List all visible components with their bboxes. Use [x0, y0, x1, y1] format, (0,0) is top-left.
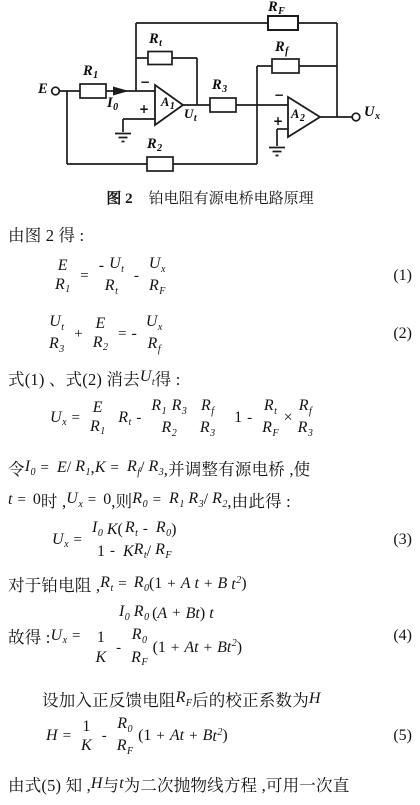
- frac-numerator: 1: [80, 717, 92, 736]
- scanned-paper-page: ER1I0RtRFRfR3R2A1A2UtUx−+−+ 图 2铂电阻有源电桥电路…: [0, 0, 420, 805]
- math-var: A: [181, 575, 191, 593]
- a1-noninverting-sign: +: [139, 103, 149, 115]
- resistor-R3-label: R3: [212, 78, 227, 95]
- math-var: Ux: [149, 255, 166, 275]
- equation-1: ER1=-UtRt-UxRF(1): [0, 254, 420, 299]
- frac-numerator: Ux: [147, 254, 168, 276]
- math-var: RF: [262, 419, 278, 439]
- math-var: R2: [161, 419, 176, 439]
- output-Ux-subscript: x: [375, 111, 380, 122]
- math-var: Rf: [127, 458, 140, 478]
- source-E-label: E: [38, 82, 48, 97]
- math-operator: =: [111, 460, 119, 477]
- math-operator: =: [118, 326, 126, 343]
- equation-4-content: 故得 : Ux=I0R0(A+Bt)t1K-R0RF(1+At+Bt2): [8, 602, 247, 671]
- math-subscript: t: [121, 264, 124, 275]
- equation-3-content: Ux=I0K(Rt-R0)1-KRt/RF: [52, 518, 181, 563]
- frac-denominator: R3: [47, 334, 66, 356]
- prose-text: 式(1) 、式(2) 消去: [8, 366, 140, 390]
- math-rm: 1: [143, 727, 151, 745]
- math-operator: =: [118, 576, 126, 593]
- circuit-diagram: [0, 0, 420, 212]
- math-operator: -: [136, 410, 141, 427]
- prose-zero-condition-content: t=0 时 ,Ux=0 ,则 R0=R1R3/R2 ,由此得 :: [8, 488, 291, 512]
- math-var: Ut: [140, 368, 155, 388]
- math-operator: +: [189, 728, 197, 745]
- math-var: K: [95, 459, 106, 477]
- equations-text-area: 由图 2 得 :ER1=-UtRt-UxRF(1)UtR3+ER2=-UxRf(…: [0, 212, 420, 805]
- resistor-R3-body: [210, 98, 236, 112]
- math-var: RF: [176, 689, 192, 709]
- resistor-R3-subscript: 3: [222, 84, 227, 95]
- node-Ut-subscript: t: [194, 113, 197, 124]
- resistor-Rf-body: [272, 59, 299, 73]
- math-operator: -: [247, 410, 252, 427]
- math-subscript: F: [127, 746, 133, 757]
- math-rm: /: [140, 459, 144, 477]
- math-rm: ): [200, 605, 205, 622]
- math-var: t2: [227, 639, 237, 656]
- math-operator: -: [110, 543, 115, 559]
- resistor-Rf-subscript: f: [285, 46, 288, 57]
- math-var: t2: [231, 575, 241, 594]
- math-var: RF: [155, 541, 171, 561]
- math-rm: 1: [97, 543, 105, 560]
- math-subscript: 0: [142, 635, 147, 646]
- math-var: RF: [131, 649, 147, 669]
- resistor-RF-body: [268, 16, 298, 30]
- prose-parabola: 由式(5) 知 ,H 与 t 为二次抛物线方程 ,可用一次直: [0, 772, 420, 796]
- equation-3: Ux=I0K(Rt-R0)1-KRt/RF(3): [0, 518, 420, 563]
- math-frac: RtRF: [260, 396, 280, 441]
- prose-let-definitions: 令 I0=E/R1 ,K=Rf/R3 ,并调整有源电桥 ,使: [0, 456, 420, 480]
- math-var: R3: [200, 419, 215, 439]
- math-operator: +: [74, 326, 82, 343]
- math-var: t: [8, 491, 12, 509]
- math-subscript: f: [158, 344, 161, 355]
- math-var: K: [123, 543, 134, 560]
- math-var: R3: [298, 419, 313, 439]
- frac-numerator: E: [94, 314, 108, 333]
- frac-numerator: Rf: [199, 396, 216, 418]
- math-var: R0: [117, 715, 132, 735]
- math-subscript: t: [135, 528, 138, 539]
- frac-numerator: R1R3: [149, 396, 189, 418]
- frac-denominator: 1K-R0RF(1+At+Bt2): [89, 624, 245, 671]
- math-operator: -: [116, 640, 121, 656]
- math-var: K: [81, 737, 92, 754]
- frac-denominator: R3: [296, 418, 315, 440]
- math-var: Rt: [134, 541, 147, 561]
- math-var: B: [203, 727, 213, 745]
- prose-from-figure-content: 由图 2 得 :: [8, 222, 84, 246]
- math-subscript: x: [62, 417, 66, 428]
- prose-let-definitions-content: 令 I0=E/R1 ,K=Rf/R3 ,并调整有源电桥 ,使: [8, 456, 310, 480]
- resistor-R1-subscript: 1: [93, 70, 98, 81]
- math-var: Rt: [125, 519, 138, 539]
- prose-text: 由图 2 得 :: [8, 222, 84, 246]
- current-I0-subscript: 0: [113, 102, 118, 113]
- ground-symbol: [269, 148, 285, 156]
- math-operator: -: [134, 268, 139, 285]
- resistor-Rt-body: [148, 52, 172, 65]
- math-var: H: [309, 690, 321, 708]
- math-subscript: f: [211, 406, 214, 417]
- math-operator: +: [204, 640, 212, 656]
- math-var: R1: [75, 458, 90, 478]
- math-subscript: 3: [59, 344, 64, 355]
- math-var: K: [96, 649, 107, 666]
- math-var: H: [46, 727, 58, 745]
- math-var: Rt: [118, 409, 131, 429]
- resistor-Rf-label: Rf: [275, 40, 289, 57]
- math-subscript: F: [165, 550, 171, 561]
- math-var: B: [186, 605, 196, 622]
- math-subscript: 0: [128, 724, 133, 735]
- math-var: Ux: [50, 409, 67, 429]
- equation-2: UtR3+ER2=-UxRf(2): [0, 312, 420, 357]
- frac-numerator: 1: [95, 628, 107, 647]
- current-arrow-icon: [113, 87, 129, 96]
- math-var: R2: [212, 490, 227, 510]
- math-var: t2: [212, 727, 222, 746]
- frac-denominator: R2: [91, 333, 110, 355]
- prose-text: 设加入正反馈电阻: [42, 687, 176, 711]
- math-frac: R1R3R2: [149, 396, 189, 441]
- resistor-R2-subscript: 2: [157, 143, 162, 154]
- prose-text: 得 :: [155, 366, 181, 390]
- math-subscript: t: [274, 406, 277, 417]
- math-frac: ER2: [91, 314, 110, 356]
- figure-2-circuit: ER1I0RtRFRfR3R2A1A2UtUx−+−+ 图 2铂电阻有源电桥电路…: [0, 0, 420, 212]
- math-operator: =: [80, 268, 88, 285]
- frac-denominator: R3: [198, 418, 217, 440]
- prose-correction-factor: 设加入正反馈电阻 RF 后的校正系数为 H: [0, 687, 420, 711]
- math-var: K: [107, 521, 118, 538]
- frac-denominator: K: [94, 648, 109, 667]
- frac-denominator: K: [79, 736, 94, 755]
- math-var: H: [91, 775, 103, 793]
- frac-numerator: Ut: [47, 312, 66, 334]
- opamp-A1-label: A1: [161, 96, 175, 112]
- math-frac: 1K: [94, 628, 109, 667]
- math-var: Ux: [146, 313, 163, 333]
- math-frac: -UtRt: [97, 254, 126, 299]
- frac-denominator: R2: [159, 418, 178, 440]
- terminal-Ux: [352, 113, 360, 121]
- opamp-A1-subscript: 1: [170, 101, 175, 112]
- prose-from-figure: 由图 2 得 :: [0, 222, 420, 246]
- math-subscript: f: [309, 406, 312, 417]
- math-subscript: x: [64, 539, 68, 550]
- math-operator: =: [88, 492, 96, 509]
- prose-platinum-resistance: 对于铂电阻 ,Rt=R0(1+At+Bt2): [0, 572, 420, 596]
- math-subscript: F: [141, 657, 147, 668]
- prose-text: 由式(5) 知 ,: [8, 772, 91, 796]
- prose-text: 令: [8, 456, 25, 480]
- math-subscript: t: [115, 286, 118, 297]
- math-subscript: F: [272, 428, 278, 439]
- opamp-A2-subscript: 2: [300, 113, 305, 124]
- math-frac: UxRf: [144, 312, 165, 357]
- a1-inverting-sign: −: [140, 76, 150, 88]
- math-var: B: [217, 639, 227, 656]
- math-var: R2: [93, 334, 108, 354]
- math-var: I0: [25, 458, 36, 478]
- math-var: Ut: [109, 255, 124, 275]
- math-operator: =: [74, 532, 82, 549]
- math-subscript: 3: [308, 428, 313, 439]
- math-var: Ux: [52, 531, 69, 551]
- math-rm: /: [147, 543, 151, 560]
- math-var: A: [157, 605, 167, 622]
- math-var: t: [180, 727, 184, 745]
- ground-symbol: [115, 134, 131, 142]
- math-subscript: 3: [182, 406, 187, 417]
- prose-text: ,并调整有源电桥 ,使: [164, 456, 311, 480]
- math-rm: 1: [234, 409, 242, 427]
- math-subscript: x: [78, 499, 82, 510]
- resistor-RF-subscript: F: [278, 6, 285, 17]
- math-frac: UtR3: [47, 312, 66, 357]
- prose-text: 后的校正系数为: [192, 687, 309, 711]
- frac-denominator: RF: [147, 276, 167, 298]
- math-rm: -: [132, 325, 137, 343]
- frac-denominator: Rt: [103, 276, 120, 298]
- math-var: t: [194, 639, 198, 656]
- math-var: t: [209, 605, 213, 622]
- frac-numerator: I0K(Rt-R0): [90, 518, 179, 540]
- equation-unnumbered-content: Ux=ER1Rt-R1R3R2RfR31-RtRF×RfR3: [50, 396, 318, 441]
- math-rm: 0: [33, 491, 41, 509]
- figure-caption: 图 2铂电阻有源电桥电路原理: [0, 187, 420, 208]
- math-rm: 1: [158, 639, 166, 656]
- a2-noninverting-sign: +: [273, 115, 283, 127]
- frac-denominator: R1: [53, 275, 72, 297]
- math-frac: R0RF: [129, 625, 149, 670]
- frac-numerator: E: [56, 256, 70, 275]
- math-operator: =: [63, 728, 71, 745]
- math-var: Rt: [100, 574, 113, 594]
- prose-text: ,则: [111, 488, 132, 512]
- math-rm: 1: [154, 575, 162, 593]
- math-operator: -: [102, 728, 107, 745]
- math-rm: /: [204, 491, 208, 509]
- math-operator: =: [17, 492, 25, 509]
- math-frac: UxRF: [147, 254, 168, 299]
- frac-numerator: -Ut: [97, 254, 126, 276]
- figure-caption-text: 铂电阻有源电桥电路原理: [149, 191, 314, 207]
- math-var: Ux: [66, 490, 83, 510]
- resistor-Rt-subscript: t: [159, 38, 162, 49]
- prose-text: 对于铂电阻 ,: [8, 572, 100, 596]
- math-operator: =: [72, 410, 80, 427]
- frac-numerator: Rf: [297, 396, 314, 418]
- math-var: Rf: [299, 397, 312, 417]
- prose-text: 时 ,: [41, 488, 66, 512]
- math-operator: -: [143, 521, 148, 537]
- equation-5: H=1K-R0RF(1+At+Bt2)(5): [0, 714, 420, 759]
- prose-eliminate-Ut: 式(1) 、式(2) 消去 Ut 得 :: [0, 366, 420, 390]
- math-frac: ER1: [88, 398, 107, 440]
- math-var: E: [93, 399, 103, 416]
- math-rm: ): [222, 727, 227, 745]
- math-var: R1: [90, 418, 105, 438]
- math-var: Rf: [201, 397, 214, 417]
- resistor-R1-body: [80, 84, 106, 98]
- math-var: A: [184, 639, 194, 656]
- math-frac: RfR3: [296, 396, 315, 441]
- math-frac: I0R0(A+Bt)t1K-R0RF(1+At+Bt2): [89, 602, 245, 671]
- math-rm: 1: [82, 718, 90, 735]
- node-Ut-label: Ut: [184, 107, 197, 124]
- math-frac: ER1: [53, 256, 72, 298]
- equation-number: (1): [393, 267, 412, 285]
- resistor-RF-label: RF: [268, 0, 285, 17]
- equation-2-content: UtR3+ER2=-UxRf: [44, 312, 167, 357]
- math-subscript: t: [110, 583, 113, 594]
- math-var: I0: [92, 519, 103, 539]
- math-rm: ×: [284, 409, 293, 427]
- a2-inverting-sign: −: [274, 89, 284, 101]
- prose-text: 与: [102, 772, 119, 796]
- math-subscript: t: [129, 417, 132, 428]
- math-rm: -: [99, 257, 104, 274]
- math-var: R3: [49, 335, 64, 355]
- math-var: E: [57, 459, 67, 477]
- math-subscript: 0: [144, 612, 149, 623]
- math-var: Ut: [49, 313, 64, 333]
- math-frac: 1K: [79, 717, 94, 756]
- equation-1-content: ER1=-UtRt-UxRF: [50, 254, 170, 299]
- math-var: RF: [117, 737, 133, 757]
- math-frac: RfR3: [198, 396, 217, 441]
- math-operator: =: [153, 492, 161, 509]
- frac-denominator: R1: [88, 417, 107, 439]
- figure-caption-number: 图 2: [106, 191, 132, 207]
- prose-eliminate-Ut-content: 式(1) 、式(2) 消去 Ut 得 :: [8, 366, 181, 390]
- math-var: R3: [188, 490, 203, 510]
- math-rm: (: [117, 521, 122, 538]
- math-var: R3: [172, 397, 187, 417]
- math-var: E: [96, 315, 106, 332]
- math-operator: +: [204, 576, 212, 593]
- math-subscript: 2: [172, 428, 177, 439]
- math-var: Rf: [148, 335, 161, 355]
- math-rm: ): [237, 639, 242, 656]
- equation-number: (5): [393, 727, 412, 745]
- frac-numerator: Ux: [144, 312, 165, 334]
- math-var: R1: [169, 490, 184, 510]
- frac-numerator: E: [91, 398, 105, 417]
- math-subscript: x: [158, 322, 162, 333]
- math-subscript: 1: [100, 426, 105, 437]
- math-subscript: 0: [31, 467, 36, 478]
- math-operator: +: [156, 728, 164, 745]
- math-subscript: 1: [65, 284, 70, 295]
- math-var: Rt: [264, 397, 277, 417]
- prose-text: 为二次抛物线方程 ,可用一次直: [124, 772, 350, 796]
- resistor-R2-body: [147, 157, 173, 171]
- frac-denominator: RF: [115, 736, 135, 758]
- math-var: R3: [149, 458, 164, 478]
- math-operator: +: [172, 605, 180, 621]
- math-var: R0: [132, 490, 147, 510]
- math-var: R1: [55, 276, 70, 296]
- math-var: B: [217, 575, 227, 593]
- math-var: Ux: [51, 627, 68, 647]
- math-operator: +: [167, 576, 175, 593]
- math-var: t: [195, 575, 199, 593]
- math-operator: +: [171, 640, 179, 656]
- frac-numerator: I0R0(A+Bt)t: [117, 602, 216, 624]
- frac-denominator: RF: [260, 418, 280, 440]
- equation-5-content: H=1K-R0RF(1+At+Bt2): [46, 714, 228, 759]
- frac-numerator: Rt: [262, 396, 279, 418]
- math-rm: 0: [103, 491, 111, 509]
- prose-platinum-resistance-content: 对于铂电阻 ,Rt=R0(1+At+Bt2): [8, 572, 247, 596]
- prose-text: 故得 :: [8, 624, 51, 648]
- math-var: R0: [156, 519, 171, 539]
- math-subscript: 1: [179, 499, 184, 510]
- resistor-Rt-label: Rt: [149, 32, 162, 49]
- prose-correction-factor-content: 设加入正反馈电阻 RF 后的校正系数为 H: [42, 687, 320, 711]
- math-var: I0: [119, 603, 130, 623]
- resistor-R1-label: R1: [83, 64, 98, 81]
- current-I0-label: I0: [107, 96, 118, 113]
- opamp-A2-label: A2: [291, 108, 305, 124]
- math-subscript: F: [159, 286, 165, 297]
- math-var: R1: [151, 397, 166, 417]
- math-var: R0: [134, 574, 149, 594]
- math-operator: =: [41, 460, 49, 477]
- frac-numerator: R0: [115, 714, 134, 736]
- math-subscript: 3: [210, 428, 215, 439]
- output-Ux-label: Ux: [364, 105, 380, 122]
- prose-parabola-content: 由式(5) 知 ,H 与 t 为二次抛物线方程 ,可用一次直: [8, 772, 349, 796]
- math-subscript: t: [61, 322, 64, 333]
- prose-text: ,由此得 :: [227, 488, 291, 512]
- equation-number: (3): [393, 531, 412, 549]
- terminal-E: [52, 87, 60, 95]
- frac-denominator: RF: [129, 648, 149, 670]
- math-operator: =: [72, 628, 80, 645]
- math-var: RF: [149, 277, 165, 297]
- math-subscript: 0: [98, 528, 103, 539]
- math-rm: /: [67, 459, 71, 477]
- math-subscript: 0: [143, 499, 148, 510]
- math-var: R0: [132, 626, 147, 646]
- math-rm: ): [171, 521, 176, 538]
- math-subscript: 0: [125, 612, 130, 623]
- equation-4: 故得 : Ux=I0R0(A+Bt)t1K-R0RF(1+At+Bt2)(4): [0, 602, 420, 671]
- equation-unnumbered: Ux=ER1Rt-R1R3R2RfR31-RtRF×RfR3: [0, 396, 420, 441]
- math-subscript: 2: [103, 342, 108, 353]
- math-var: E: [58, 257, 68, 274]
- math-var: A: [170, 727, 180, 745]
- prose-zero-condition: t=0 时 ,Ux=0 ,则 R0=R1R3/R2 ,由此得 :: [0, 488, 420, 512]
- resistor-R2-label: R2: [147, 137, 162, 154]
- math-subscript: 1: [162, 406, 167, 417]
- equation-number: (2): [393, 325, 412, 343]
- frac-numerator: R0: [130, 625, 149, 647]
- frac-denominator: Rf: [146, 334, 163, 356]
- math-var: R0: [134, 603, 149, 623]
- math-rm: ): [241, 575, 246, 593]
- frac-denominator: 1-KRt/RF: [95, 540, 174, 562]
- math-frac: R0RF: [115, 714, 135, 759]
- equation-number: (4): [393, 627, 412, 645]
